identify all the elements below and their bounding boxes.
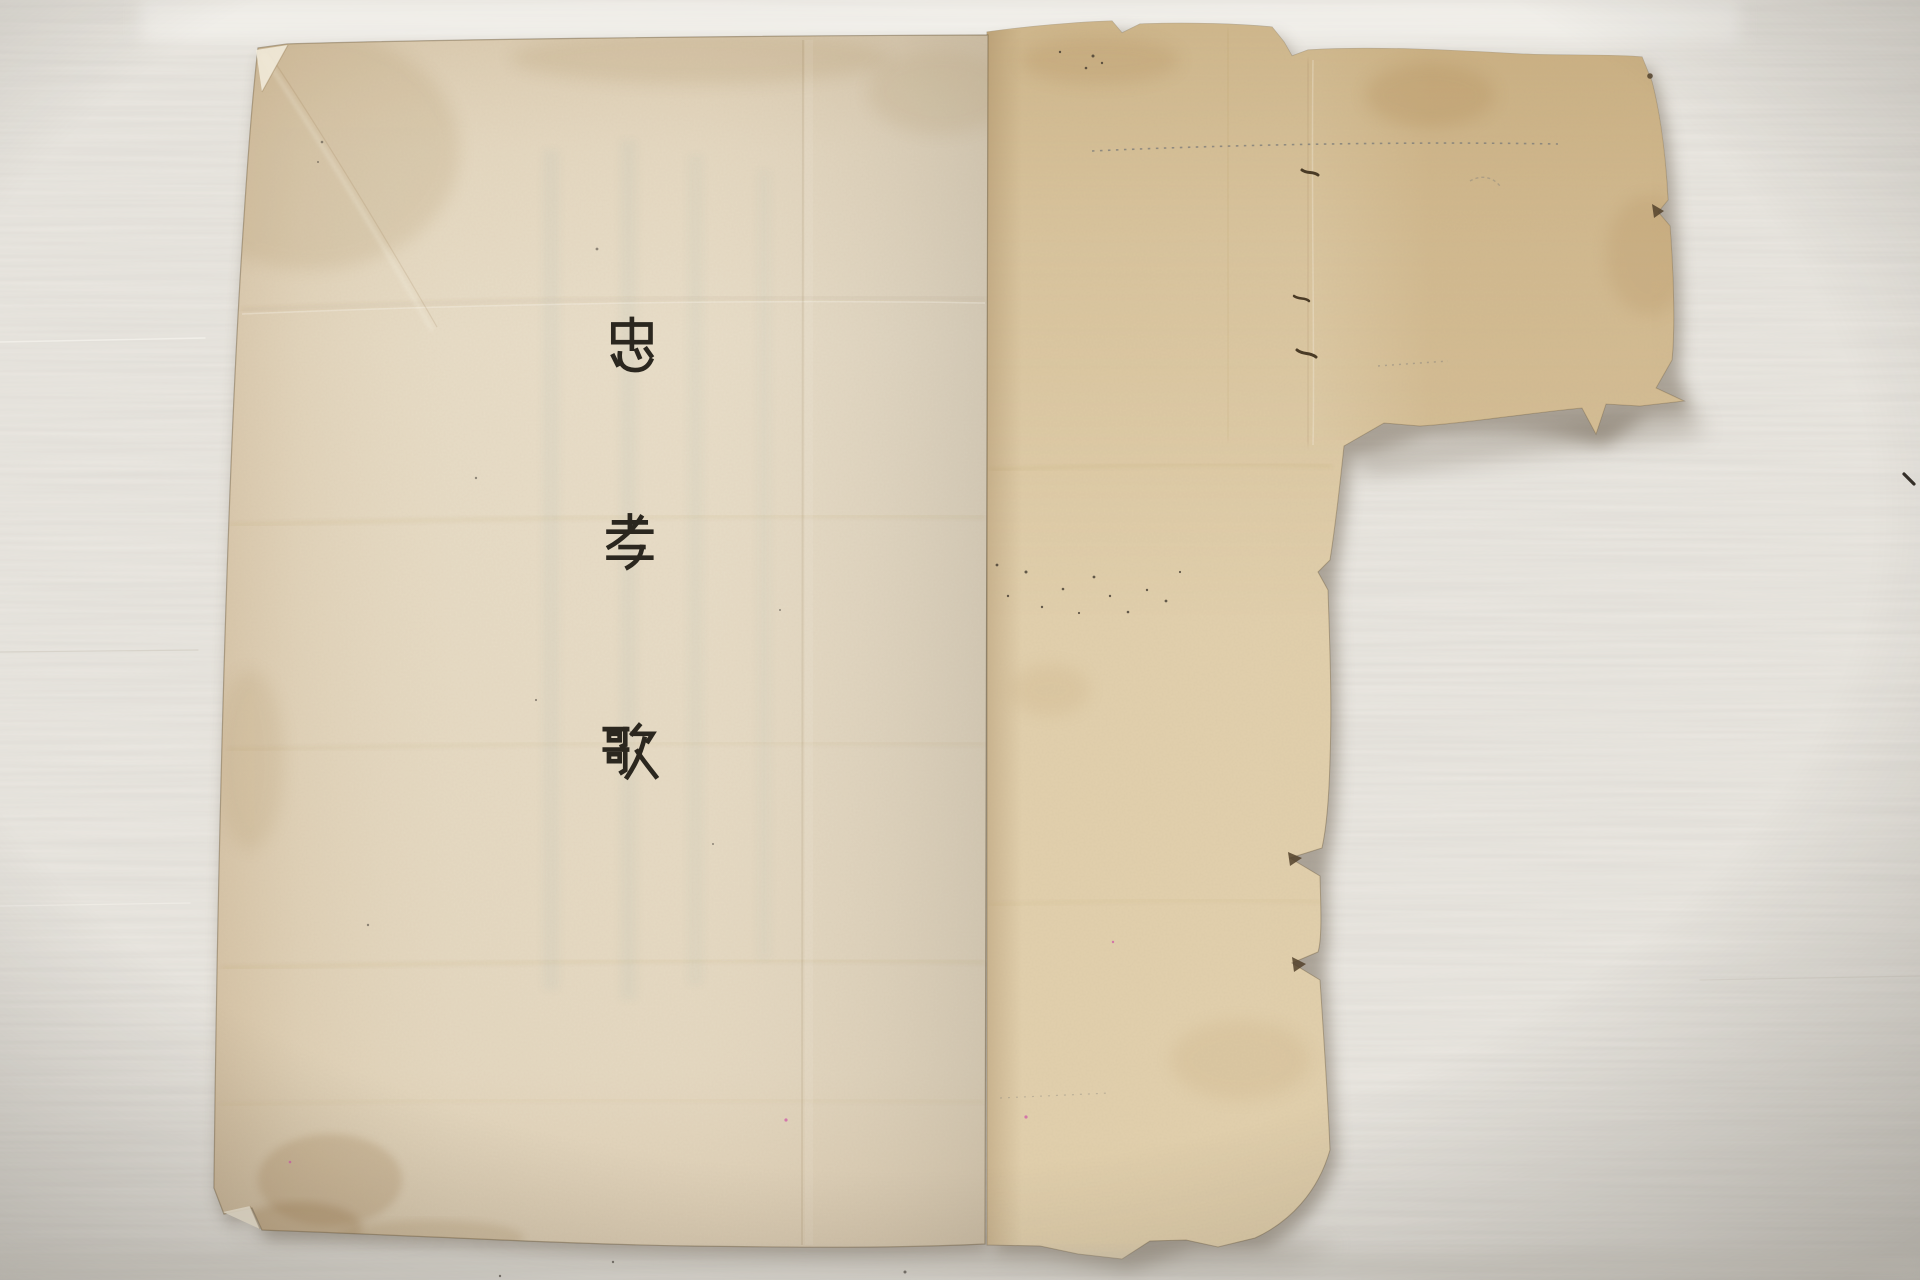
photo: 忠 孝 歌 — [0, 0, 1920, 1280]
photo-canvas: 忠 孝 歌 — [0, 0, 1920, 1280]
surface-bottom-dark-band — [0, 1252, 1920, 1280]
photo-vignette — [0, 0, 1920, 1280]
